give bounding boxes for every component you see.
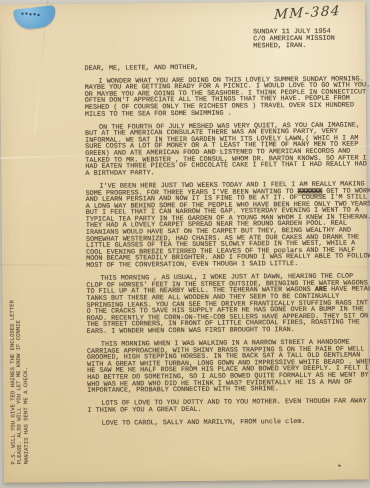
paragraph-3: I'VE BEEN HERE JUST TWO WEEKS TODAY AND … <box>85 181 370 269</box>
letter-paper: MM-384 SUNDAY 11 JULY 1954 C/O AMERICAN … <box>0 1 369 482</box>
signature-line: LOVE TO CAROL, SALLY AND MARILYN, FROM u… <box>88 418 370 427</box>
paper-speck <box>338 465 341 467</box>
letter-dateline: SUNDAY 11 JULY 1954 C/O AMERICAN MISSION… <box>253 29 335 51</box>
sender-city-line: MESHED, IRAN. <box>253 43 335 51</box>
archival-code-handwritten: MM-384 <box>274 3 342 23</box>
closing-paragraph: LOTS OF LOVE TO YOU DOTTY AND TO YOU MOT… <box>87 399 370 415</box>
postscript-vertical: P.S. WILL YOU GIVE TED HAINES THE ENCLOS… <box>9 296 29 464</box>
paragraph-1: I WONDER WHAT YOU ARE DOING ON THIS LOVE… <box>85 76 370 118</box>
paragraph-4: THIS MORNING , AS USUAL, I WOKE JUST AT … <box>86 273 370 335</box>
blue-sticker <box>13 5 57 31</box>
salutation: DEAR, ME, LEETE, AND MOTHER, <box>84 63 370 72</box>
paragraph-2: ON THE FOURTH OF JULY MESHED WAS VERY QU… <box>85 122 370 177</box>
paragraph-5: THIS MORNING WHEN I WAS WALKING IN A NAR… <box>87 339 370 394</box>
paragraph-3-text: GET TO WORK AND LEARN PERSIAN AND NOW IT… <box>86 187 370 270</box>
scanned-letter-photo: MM-384 SUNDAY 11 JULY 1954 C/O AMERICAN … <box>0 0 370 488</box>
letter-body: DEAR, ME, LEETE, AND MOTHER, I WONDER WH… <box>84 63 370 433</box>
